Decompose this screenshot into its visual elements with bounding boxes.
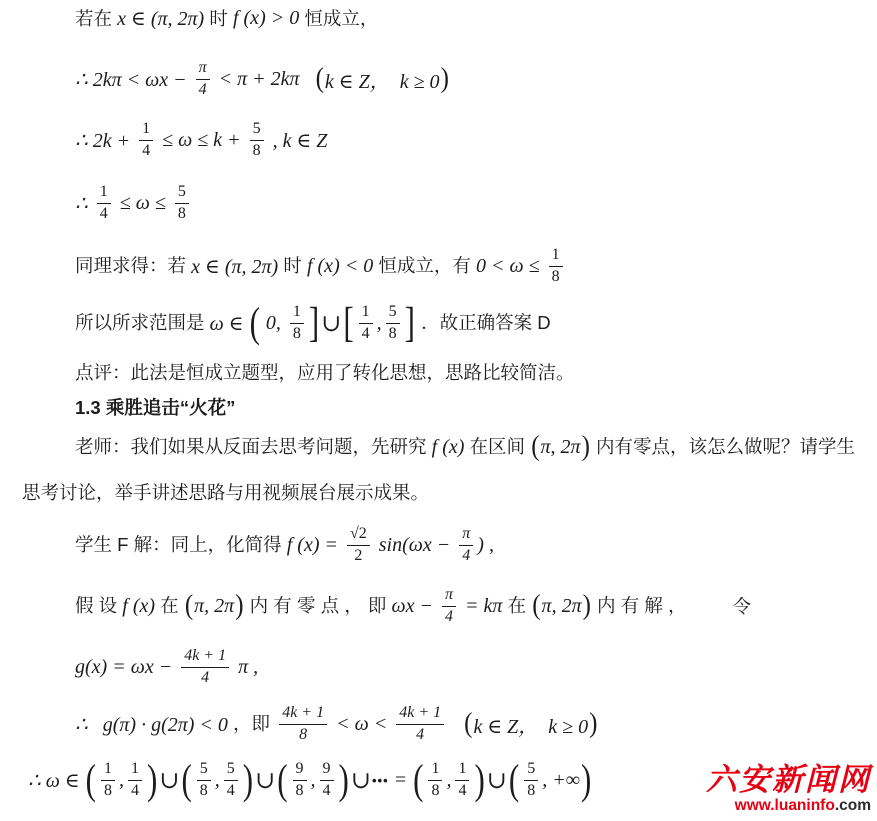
text-segment: )	[339, 756, 349, 805]
text-segment: π, 2π	[541, 436, 581, 459]
logo-url-main: www.luaninfo	[735, 797, 835, 814]
text-segment: < ω <	[331, 713, 392, 736]
text-segment: 时	[204, 7, 233, 30]
fraction: π4	[196, 59, 210, 99]
fraction-numerator: 1	[290, 303, 304, 323]
text-segment: 恒成立，	[299, 7, 378, 30]
text-segment: (	[250, 299, 260, 348]
text-segment: f (x) < 0	[307, 255, 373, 278]
fraction-numerator: 5	[197, 760, 211, 780]
line-03: ∴ 2k + 14 ≤ ω ≤ k + 58 , k ∈ Z	[75, 113, 327, 167]
text-segment: sin(ωx −	[374, 534, 456, 557]
text-segment: < π + 2kπ	[214, 68, 315, 91]
fraction: 14	[455, 760, 469, 800]
text-segment: ]	[405, 299, 415, 348]
text-segment: f (x)	[122, 595, 155, 618]
text-segment: =	[389, 769, 413, 792]
line-13: g(x) = ωx − 4k + 14 π ,	[75, 639, 258, 695]
text-segment: π, 2π	[542, 595, 582, 618]
text-segment: 时	[278, 254, 307, 277]
text-segment: 0,	[261, 312, 286, 335]
fraction-numerator: 9	[320, 760, 334, 780]
fraction: 14	[359, 303, 373, 343]
fraction-denominator: 4	[131, 781, 139, 800]
line-05: 同理求得：若 x ∈ (π, 2π) 时 f (x) < 0 恒成立，有 0 <…	[75, 239, 567, 293]
text-segment: ∴	[28, 768, 46, 793]
fraction: 94	[320, 760, 334, 800]
fraction-denominator: 8	[293, 324, 301, 343]
fraction: 14	[97, 183, 111, 223]
text-segment: 若在	[75, 7, 117, 30]
text-segment: )	[583, 590, 591, 622]
fraction-denominator: 8	[527, 781, 535, 800]
fraction: 18	[101, 760, 115, 800]
fraction: 58	[197, 760, 211, 800]
fraction-numerator: 5	[524, 760, 538, 780]
fraction-numerator: 9	[293, 760, 307, 780]
fraction-denominator: 4	[199, 80, 207, 99]
text-segment: 所以所求范围是	[75, 311, 210, 334]
line-09: 老师：我们如果从反面去思考问题，先研究 f (x) 在区间 (π, 2π) 内有…	[75, 428, 855, 466]
text-segment: ω ∈	[210, 311, 249, 336]
fraction-numerator: 4k + 1	[279, 704, 327, 724]
fraction-denominator: 4	[416, 725, 424, 744]
text-segment: (	[413, 756, 423, 805]
text-segment: g(x) = ωx −	[75, 656, 177, 679]
line-14: ∴ g(π) · g(2π) < 0 ，即 4k + 18 < ω < 4k +…	[75, 697, 598, 751]
fraction-numerator: 1	[549, 246, 563, 266]
text-segment: )	[441, 63, 449, 95]
fraction: 4k + 18	[279, 704, 327, 744]
fraction-denominator: 8	[389, 324, 397, 343]
text-segment: ∴	[75, 191, 93, 216]
fraction: 58	[250, 120, 264, 160]
fraction-denominator: 8	[200, 781, 208, 800]
line-10: 思考讨论，举手讲述思路与用视频展台展示成果。	[22, 481, 429, 504]
document-page: 若在 x ∈ (π, 2π) 时 f (x) > 0 恒成立，∴ 2kπ < ω…	[0, 0, 877, 821]
fraction-numerator: 4k + 1	[396, 704, 444, 724]
text-segment: , +∞	[542, 769, 580, 792]
text-segment: (	[509, 756, 519, 805]
line-04: ∴ 14 ≤ ω ≤ 58	[75, 176, 193, 230]
fraction-denominator: 8	[178, 204, 186, 223]
text-segment: k ∈ Z， k ≥ 0	[325, 65, 440, 94]
fraction-numerator: √2	[347, 525, 370, 545]
fraction-numerator: 5	[386, 303, 400, 323]
fraction-denominator: 4	[462, 546, 470, 565]
text-segment: x ∈ (π, 2π)	[191, 254, 278, 279]
text-segment: 思考讨论，举手讲述思路与用视频展台展示成果。	[22, 481, 429, 504]
fraction-numerator: 1	[428, 760, 442, 780]
fraction: 18	[290, 303, 304, 343]
fraction-numerator: 5	[250, 120, 264, 140]
text-segment: ,	[119, 769, 124, 792]
text-segment: )	[243, 756, 253, 805]
fraction-numerator: 4k + 1	[181, 647, 229, 667]
fraction-numerator: π	[459, 525, 473, 545]
text-segment: 恒成立，有	[373, 254, 476, 277]
logo-title: 六安新闻网	[706, 764, 871, 795]
site-logo: 六安新闻网 www.luaninfo.com	[706, 764, 871, 814]
fraction-denominator: 8	[296, 781, 304, 800]
fraction-denominator: 4	[201, 668, 209, 687]
text-segment: 在	[502, 594, 531, 617]
text-segment: (	[185, 590, 193, 622]
line-01: 若在 x ∈ (π, 2π) 时 f (x) > 0 恒成立，	[75, 6, 378, 31]
fraction-numerator: 1	[139, 120, 153, 140]
text-segment: 内 有 零 点 ， 即	[245, 594, 392, 617]
fraction: √22	[347, 525, 370, 565]
fraction: 18	[428, 760, 442, 800]
text-segment: ，即	[228, 712, 275, 735]
fraction: 58	[524, 760, 538, 800]
fraction: 4k + 14	[181, 647, 229, 687]
text-segment: ωx −	[392, 595, 439, 618]
text-segment: f (x) =	[287, 534, 343, 557]
fraction: 14	[139, 120, 153, 160]
fraction-denominator: 4	[458, 781, 466, 800]
fraction: π4	[459, 525, 473, 565]
text-segment: )	[474, 756, 484, 805]
text-segment: )	[235, 590, 243, 622]
text-segment: 在区间	[464, 435, 530, 458]
text-segment: ∪	[255, 766, 275, 795]
fraction: 18	[549, 246, 563, 286]
text-segment: ∪	[351, 766, 371, 795]
text-segment: 内有零点，该怎么做呢？请学生	[591, 435, 855, 458]
text-segment: )	[581, 756, 591, 805]
text-segment: (	[531, 431, 539, 463]
text-segment: 在	[155, 594, 184, 617]
text-segment: π, 2π	[194, 595, 234, 618]
text-segment: f (x) > 0	[233, 7, 299, 30]
fraction: 4k + 14	[396, 704, 444, 744]
text-segment: ≤ ω ≤	[115, 192, 171, 215]
fraction-denominator: 4	[227, 781, 235, 800]
text-segment: (	[277, 756, 287, 805]
text-segment: f (x)	[432, 436, 465, 459]
text-segment: 令	[732, 593, 751, 619]
text-segment: π ,	[233, 656, 258, 679]
text-segment: (	[532, 590, 540, 622]
text-segment: ,	[215, 769, 220, 792]
fraction-numerator: π	[196, 59, 210, 79]
text-segment: 0 < ω ≤	[476, 255, 545, 278]
text-segment: (	[181, 756, 191, 805]
text-segment: 内 有 解 ，	[592, 594, 687, 617]
text-segment: ∴ 2kπ < ωx −	[75, 67, 192, 92]
fraction: π4	[442, 586, 456, 626]
fraction: 54	[224, 760, 238, 800]
text-segment: 同理求得：若	[75, 254, 191, 277]
text-segment: 老师：我们如果从反面去思考问题，先研究	[75, 435, 432, 458]
fraction-denominator: 8	[104, 781, 112, 800]
fraction: 98	[293, 760, 307, 800]
text-segment	[448, 713, 463, 736]
logo-url: www.luaninfo.com	[706, 798, 871, 814]
text-segment: ]	[309, 299, 319, 348]
fraction-denominator: 4	[323, 781, 331, 800]
fraction-numerator: 1	[455, 760, 469, 780]
text-segment: 假 设	[75, 594, 122, 617]
text-segment: 点评：此法是恒成立题型，应用了转化思想，思路比较简洁。	[75, 361, 575, 384]
text-segment: ,	[377, 312, 382, 335]
text-segment: ,	[446, 769, 451, 792]
line-08: 1.3 乘胜追击“火花”	[75, 396, 235, 419]
text-segment: )	[582, 431, 590, 463]
fraction: 58	[386, 303, 400, 343]
text-segment: ∴ g(π) · g(2π) < 0	[75, 712, 228, 737]
text-segment: ∪	[487, 766, 507, 795]
text-segment: , k ∈ Z	[268, 128, 328, 153]
fraction-denominator: 8	[299, 725, 307, 744]
text-segment: ω ∈	[46, 768, 85, 793]
fraction-numerator: π	[442, 586, 456, 606]
fraction-denominator: 4	[142, 141, 150, 160]
text-segment: = kπ	[460, 595, 502, 618]
line-11: 学生 F 解：同上，化简得 f (x) = √22 sin(ωx − π4) ,	[75, 516, 494, 574]
text-segment: 1.3 乘胜追击“火花”	[75, 396, 235, 419]
fraction-numerator: 1	[97, 183, 111, 203]
fraction-numerator: 5	[175, 183, 189, 203]
fraction-denominator: 4	[362, 324, 370, 343]
line-07: 点评：此法是恒成立题型，应用了转化思想，思路比较简洁。	[75, 361, 575, 384]
text-segment: (	[464, 708, 472, 740]
fraction-denominator: 4	[100, 204, 108, 223]
text-segment: •••	[372, 773, 389, 788]
text-segment: )	[147, 756, 157, 805]
text-segment: ≤ ω ≤ k +	[157, 129, 245, 152]
text-segment: ．故正确答案 D	[416, 311, 551, 334]
text-segment: 学生 F 解：同上，化简得	[75, 533, 287, 556]
logo-url-suffix: .com	[835, 797, 871, 814]
text-segment: (	[86, 756, 96, 805]
text-segment: k ∈ Z， k ≥ 0	[473, 710, 588, 739]
fraction-numerator: 1	[101, 760, 115, 780]
line-12: 假 设 f (x) 在 (π, 2π) 内 有 零 点 ， 即 ωx − π4 …	[75, 578, 751, 634]
line-06: 所以所求范围是 ω ∈ ( 0, 18]∪[14,58] ．故正确答案 D	[75, 295, 551, 351]
line-15: ∴ ω ∈ (18,14)∪(58,54)∪(98,94)∪••• = (18,…	[28, 752, 592, 808]
fraction-denominator: 8	[552, 267, 560, 286]
fraction-numerator: 5	[224, 760, 238, 780]
text-segment: ∪	[321, 309, 341, 338]
fraction-numerator: 1	[359, 303, 373, 323]
fraction-denominator: 8	[253, 141, 261, 160]
fraction: 14	[128, 760, 142, 800]
text-segment: (	[316, 63, 324, 95]
line-02: ∴ 2kπ < ωx − π4 < π + 2kπ (k ∈ Z， k ≥ 0)	[75, 52, 450, 106]
text-segment: )	[589, 708, 597, 740]
text-segment: x ∈ (π, 2π)	[117, 6, 204, 31]
fraction-denominator: 2	[354, 546, 362, 565]
text-segment: ∴ 2k +	[75, 128, 135, 153]
fraction-numerator: 1	[128, 760, 142, 780]
text-segment: ∪	[159, 766, 179, 795]
text-segment: [	[343, 299, 353, 348]
text-segment: ) ,	[477, 534, 494, 557]
fraction: 58	[175, 183, 189, 223]
text-segment: ,	[311, 769, 316, 792]
fraction-denominator: 8	[431, 781, 439, 800]
fraction-denominator: 4	[445, 607, 453, 626]
